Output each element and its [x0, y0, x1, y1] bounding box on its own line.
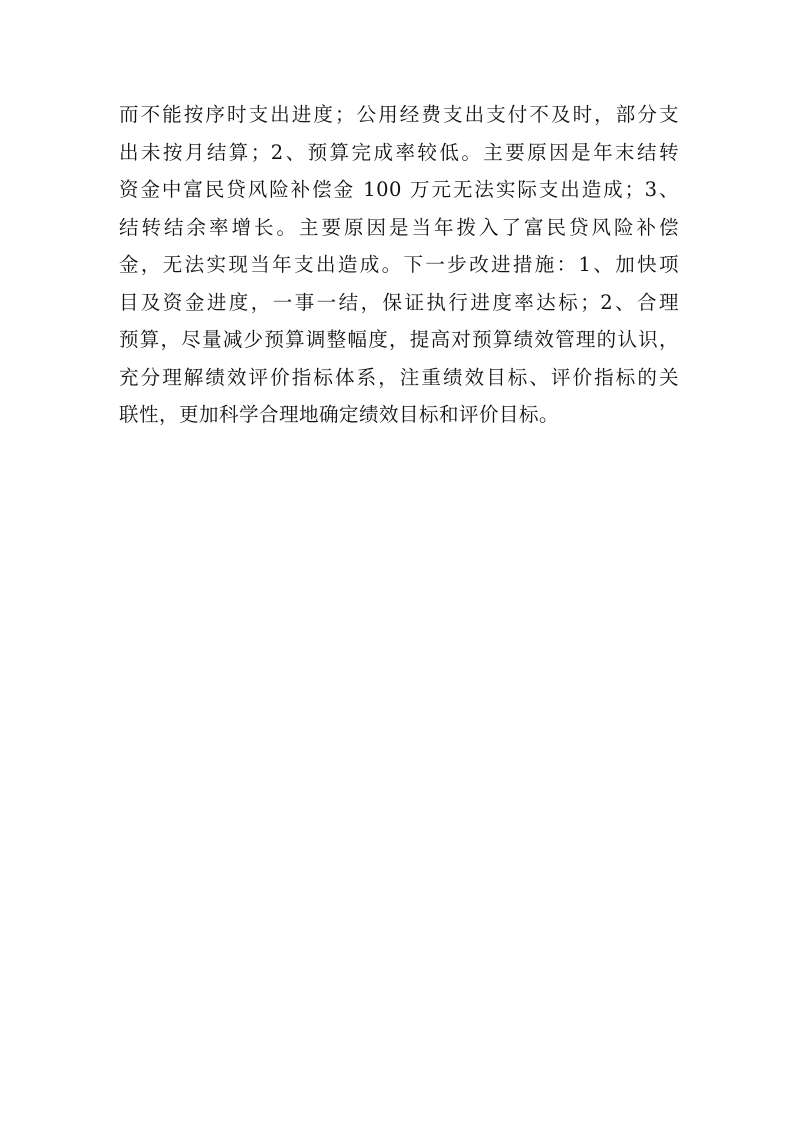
body-paragraph: 而不能按序时支出进度；公用经费支出支付不及时，部分支 出未按月结算；2、预算完成…	[119, 96, 679, 434]
paragraph-line: 目及资金进度，一事一结，保证执行进度率达标；2、合理	[119, 284, 679, 322]
paragraph-line: 联性，更加科学合理地确定绩效目标和评价目标。	[119, 396, 679, 434]
paragraph-line: 而不能按序时支出进度；公用经费支出支付不及时，部分支	[119, 96, 679, 134]
paragraph-line: 预算，尽量减少预算调整幅度，提高对预算绩效管理的认识，	[119, 321, 679, 359]
paragraph-line: 资金中富民贷风险补偿金 100 万元无法实际支出造成；3、	[119, 171, 679, 209]
document-page: 而不能按序时支出进度；公用经费支出支付不及时，部分支 出未按月结算；2、预算完成…	[0, 0, 793, 1122]
paragraph-line: 金，无法实现当年支出造成。下一步改进措施：1、加快项	[119, 246, 679, 284]
paragraph-line: 充分理解绩效评价指标体系，注重绩效目标、评价指标的关	[119, 359, 679, 397]
paragraph-line: 出未按月结算；2、预算完成率较低。主要原因是年末结转	[119, 134, 679, 172]
paragraph-line: 结转结余率增长。主要原因是当年拨入了富民贷风险补偿	[119, 209, 679, 247]
